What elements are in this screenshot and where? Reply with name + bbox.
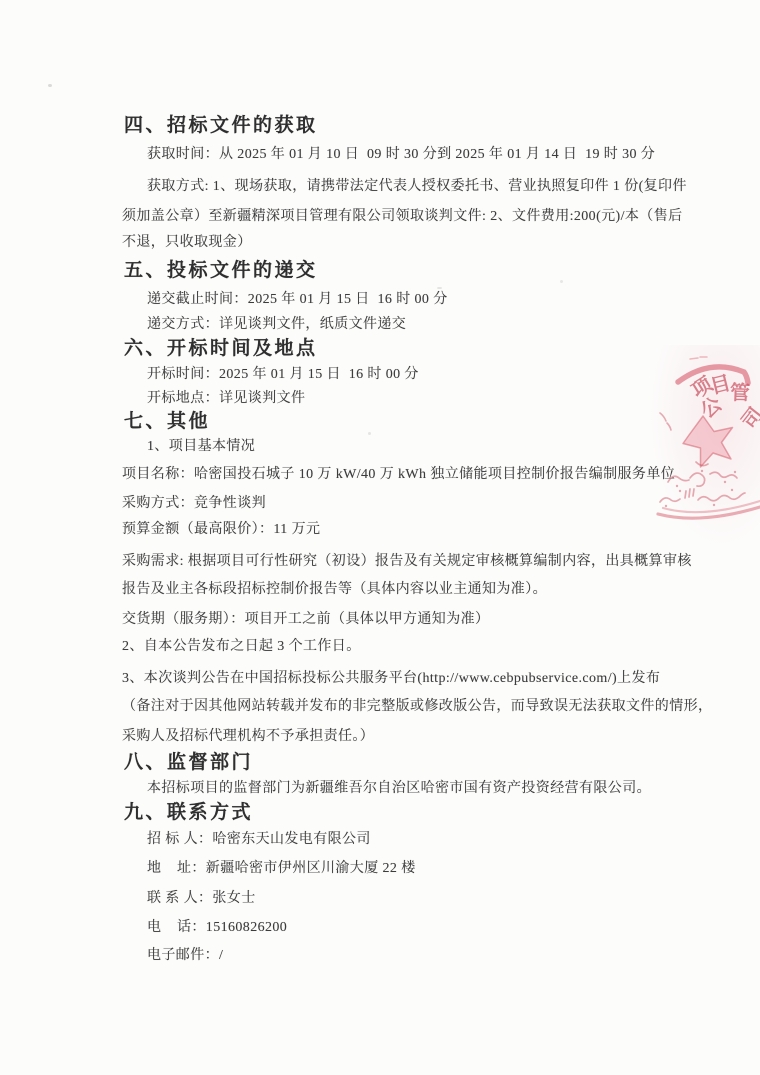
text-line: 报告及业主各标段招标控制价报告等（具体内容以业主通知为准）。 [122, 582, 547, 598]
text-line: 递交截止时间：2025 年 01 月 15 日 16 时 00 分 [147, 292, 448, 308]
text-line: 不退，只收取现金） [122, 235, 252, 251]
text-line: 获取方式: 1、现场获取，请携带法定代表人授权委托书、营业执照复印件 1 份(复… [147, 179, 687, 195]
text-line: （备注对于因其他网站转载并发布的非完整版或修改版公告，而导致误无法获取文件的情形… [122, 699, 712, 715]
seal-char: 项 [685, 368, 717, 403]
company-seal-stamp: 项 目 管 公 司 [630, 330, 760, 580]
text-line: 项目名称：哈密国投石城子 10 万 kW/40 万 kWh 独立储能项目控制价报… [122, 467, 675, 483]
contact-tenderer-line: 招 标 人：哈密东天山发电有限公司 [147, 832, 371, 848]
contact-person-line: 联 系 人：张女士 [147, 891, 256, 907]
seal-ink-wash [650, 345, 760, 545]
text-line: 预算金额（最高限价）：11 万元 [122, 522, 320, 538]
text-line: 采购需求: 根据项目可行性研究（初设）报告及有关规定审核概算编制内容，出具概算审… [122, 554, 692, 570]
contact-address-line: 地 址：新疆哈密市伊州区川渝大厦 22 楼 [147, 861, 416, 877]
uyghur-script-dots [665, 470, 736, 507]
scan-speck [560, 280, 563, 283]
seal-ring-bottom-arc-inner [663, 501, 760, 512]
contact-phone-line: 电 话：15160826200 [147, 920, 287, 936]
seal-left-ticks [660, 413, 671, 430]
document-page: 四、招标文件的获取 获取时间：从 2025 年 01 月 10 日 09 时 3… [0, 0, 760, 1075]
text-line: 开标时间：2025 年 01 月 15 日 16 时 00 分 [147, 367, 419, 383]
seal-ring-bottom-arc-outer [658, 507, 760, 518]
seal-char: 司 [733, 400, 760, 434]
seal-smudge-dashes [690, 357, 707, 359]
section-heading-bid-opening: 六、开标时间及地点 [124, 339, 318, 359]
text-line: 开标地点：详见谈判文件 [147, 391, 305, 407]
text-line: 获取时间：从 2025 年 01 月 10 日 09 时 30 分到 2025 … [147, 147, 655, 163]
seal-graphics [630, 330, 760, 580]
star-icon [683, 416, 733, 467]
section-heading-obtain-bid-documents: 四、招标文件的获取 [124, 116, 318, 136]
text-line: 3、本次谈判公告在中国招标投标公共服务平台(http://www.cebpubs… [122, 671, 660, 687]
seal-char: 管 [730, 376, 751, 406]
seal-ring-top-arc [678, 367, 748, 383]
text-line: 2、自本公告发布之日起 3 个工作日。 [122, 639, 361, 655]
seal-char: 目 [707, 367, 733, 400]
text-line: 本招标项目的监督部门为新疆维吾尔自治区哈密市国有资产投资经营有限公司。 [147, 781, 651, 797]
section-heading-bid-submission: 五、投标文件的递交 [124, 261, 318, 281]
scan-speck [48, 84, 52, 87]
text-line: 采购人及招标代理机构不予承担责任。） [122, 729, 374, 745]
text-line: 交货期（服务期）：项目开工之前（具体以甲方通知为准） [122, 612, 489, 628]
scan-speck [368, 432, 371, 435]
section-heading-supervision-department: 八、监督部门 [124, 753, 253, 773]
text-line: 1、项目基本情况 [147, 439, 255, 455]
text-line: 递交方式：详见谈判文件，纸质文件递交 [147, 317, 406, 333]
contact-email-line: 电子邮件：/ [147, 948, 223, 964]
section-heading-contact-info: 九、联系方式 [124, 803, 253, 823]
text-line: 须加盖公章）至新疆精深项目管理有限公司领取谈判文件: 2、文件费用:200(元)… [122, 209, 683, 225]
seal-char: 公 [693, 388, 727, 423]
scan-speck [437, 287, 442, 289]
section-heading-other: 七、其他 [124, 412, 210, 432]
text-line: 采购方式：竞争性谈判 [122, 496, 266, 512]
